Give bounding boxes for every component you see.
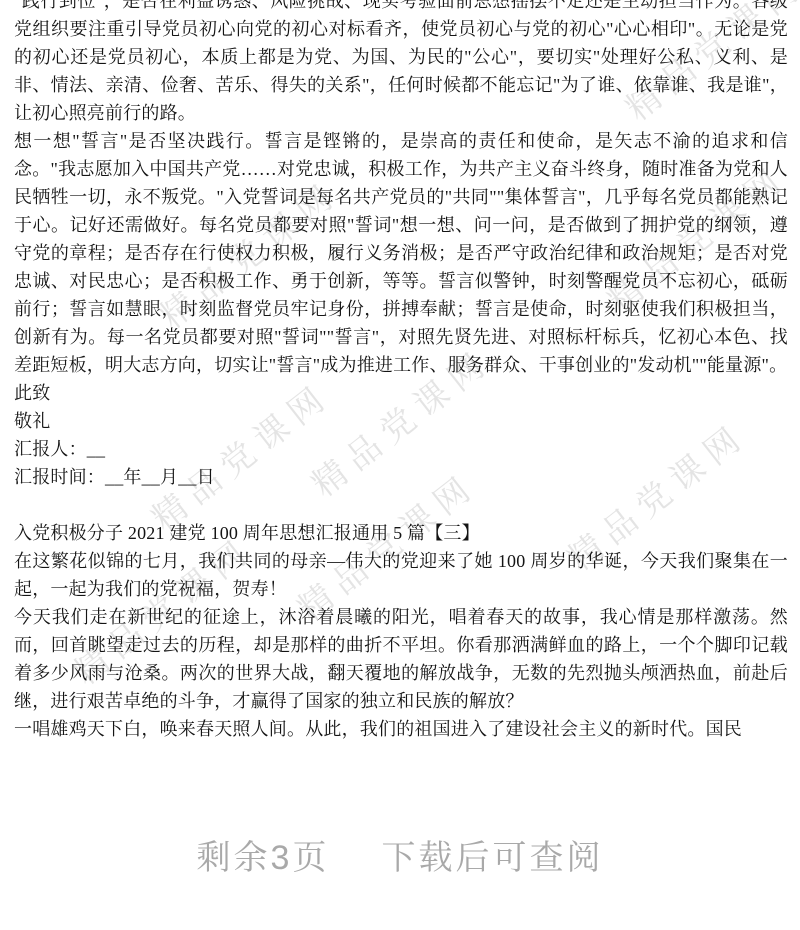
closing-line-jingli: 敬礼 bbox=[14, 407, 788, 435]
document-preview-page: 精品党课网 精品党课网 精品党课网 精品党课网 精品党课网 精品党课网 精品党课… bbox=[0, 0, 800, 930]
preview-footer: 剩余3页 下载后可查阅 bbox=[0, 830, 800, 879]
paragraph-initiation: "践行到位"，是否在利益诱惑、风险挑战、现实考验面前思想摇摆不定还是主动担当作为… bbox=[14, 0, 788, 127]
pages-remaining-label: 剩余3页 bbox=[197, 830, 330, 879]
paragraph-oath: 想一想"誓言"是否坚决践行。誓言是铿锵的，是崇高的责任和使命，是矢志不渝的追求和… bbox=[14, 127, 788, 379]
download-hint-label: 下载后可查阅 bbox=[381, 830, 603, 879]
section-title: 入党积极分子 2021 建党 100 周年思想汇报通用 5 篇【三】 bbox=[14, 519, 788, 547]
paragraph-history: 今天我们走在新世纪的征途上，沐浴着晨曦的阳光，唱着春天的故事，我心情是那样激荡。… bbox=[14, 603, 788, 715]
closing-line-cizhi: 此致 bbox=[14, 379, 788, 407]
report-time-line: 汇报时间：__年__月__日 bbox=[14, 463, 788, 491]
paragraph-birthday: 在这繁花似锦的七月，我们共同的母亲—伟大的党迎来了她 100 周岁的华诞，今天我… bbox=[14, 547, 788, 603]
document-body: "践行到位"，是否在利益诱惑、风险挑战、现实考验面前思想摇摆不定还是主动担当作为… bbox=[14, 0, 788, 743]
reporter-line: 汇报人：__ bbox=[14, 435, 788, 463]
paragraph-new-era: 一唱雄鸡天下白，唤来春天照人间。从此，我们的祖国进入了建设社会主义的新时代。国民 bbox=[14, 715, 788, 743]
